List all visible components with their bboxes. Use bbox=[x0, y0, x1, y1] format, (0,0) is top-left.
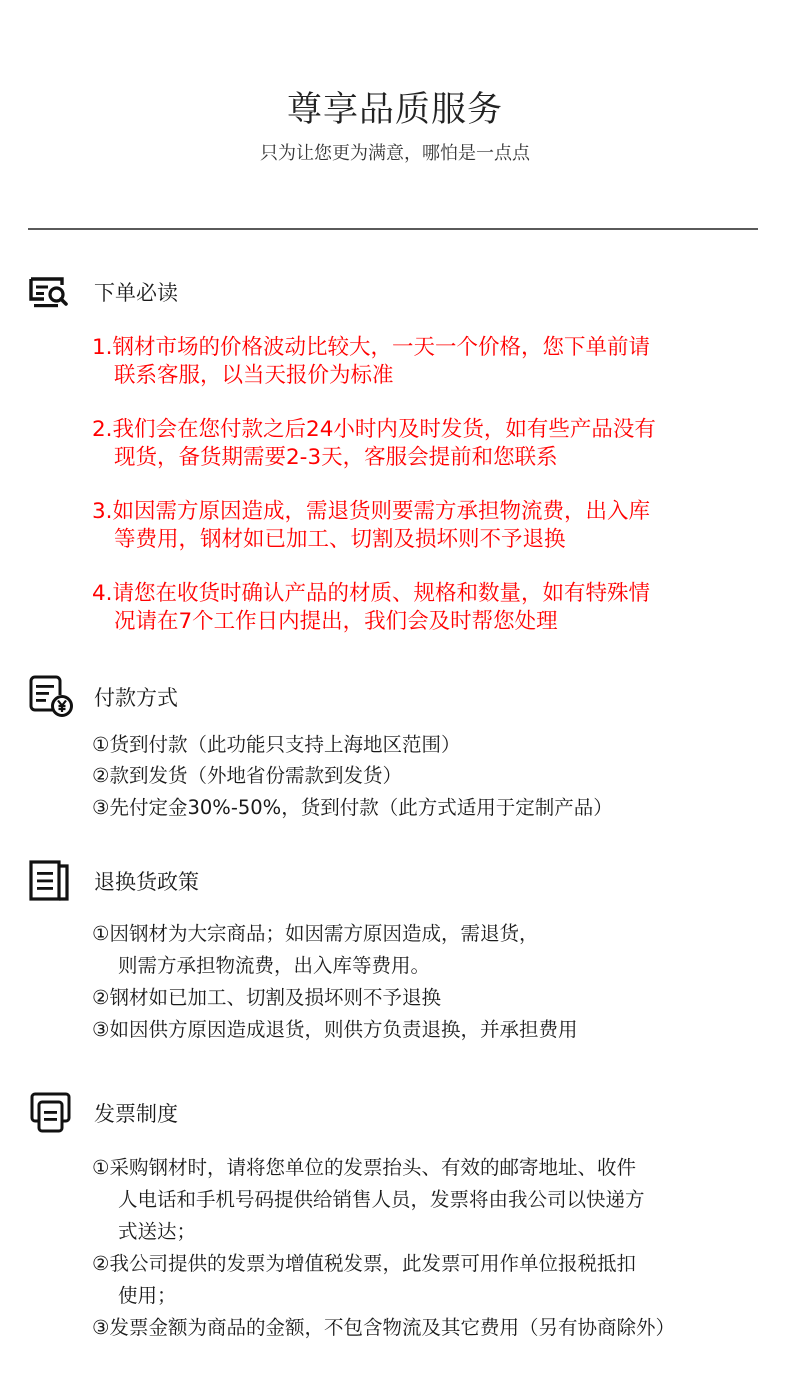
section-header-order-notice: 下单必读 bbox=[28, 272, 74, 312]
payment-option: ②款到发货（外地省份需款到发货） bbox=[92, 760, 402, 792]
section-title: 发票制度 bbox=[94, 1098, 178, 1128]
invoice-line: 式送达； bbox=[118, 1216, 196, 1248]
section-title: 退换货政策 bbox=[94, 866, 199, 896]
invoice-line: ①采购钢材时，请将您单位的发票抬头、有效的邮寄地址、收件 bbox=[92, 1152, 636, 1184]
section-title: 下单必读 bbox=[94, 277, 178, 307]
notice-item-line: 3.如因需方原因造成，需退货则要需方承担物流费，出入库 bbox=[92, 499, 650, 524]
section-header-payment: 付款方式 bbox=[28, 677, 74, 717]
payment-option: ①货到付款（此功能只支持上海地区范围） bbox=[92, 729, 460, 761]
notice-item-line: 等费用，钢材如已加工、切割及损坏则不予退换 bbox=[92, 526, 732, 554]
invoice-line: ③发票金额为商品的金额，不包含物流及其它费用（另有协商除外） bbox=[92, 1312, 675, 1344]
bill-yen-icon bbox=[28, 677, 74, 717]
policy-line: ③如因供方原因造成退货，则供方负责退换，并承担费用 bbox=[92, 1014, 577, 1046]
notice-item: 2.我们会在您付款之后24小时内及时发货，如有些产品没有 现货，备货期需要2-3… bbox=[92, 416, 732, 472]
notice-item: 3.如因需方原因造成，需退货则要需方承担物流费，出入库 等费用，钢材如已加工、切… bbox=[92, 498, 732, 554]
policy-line: 则需方承担物流费，出入库等费用。 bbox=[118, 950, 430, 982]
notice-item-line: 2.我们会在您付款之后24小时内及时发货，如有些产品没有 bbox=[92, 417, 656, 442]
notice-item: 1.钢材市场的价格波动比较大，一天一个价格，您下单前请 联系客服，以当天报价为标… bbox=[92, 334, 732, 390]
section-header-invoice: 发票制度 bbox=[28, 1093, 74, 1133]
document-list-icon bbox=[28, 861, 74, 901]
payment-option: ③先付定金30%-50%，货到付款（此方式适用于定制产品） bbox=[92, 792, 613, 824]
header-divider bbox=[28, 228, 758, 230]
notice-item-line: 1.钢材市场的价格波动比较大，一天一个价格，您下单前请 bbox=[92, 335, 650, 360]
invoice-line: ②我公司提供的发票为增值税发票，此发票可用作单位报税抵扣 bbox=[92, 1248, 636, 1280]
screen-search-icon bbox=[28, 272, 74, 312]
printer-invoice-icon bbox=[28, 1093, 74, 1133]
policy-line: ①因钢材为大宗商品；如因需方原因造成，需退货， bbox=[92, 918, 538, 950]
section-title: 付款方式 bbox=[94, 682, 178, 712]
invoice-line: 人电话和手机号码提供给销售人员，发票将由我公司以快递方 bbox=[118, 1184, 645, 1216]
notice-item-line: 联系客服，以当天报价为标准 bbox=[92, 362, 732, 390]
page-title: 尊享品质服务 bbox=[0, 82, 790, 132]
notice-item-line: 现货，备货期需要2-3天，客服会提前和您联系 bbox=[92, 444, 732, 472]
section-header-returns: 退换货政策 bbox=[28, 861, 74, 901]
notice-item-line: 4.请您在收货时确认产品的材质、规格和数量，如有特殊情 bbox=[92, 581, 650, 606]
page-subtitle: 只为让您更为满意，哪怕是一点点 bbox=[0, 139, 790, 165]
notice-item-line: 况请在7个工作日内提出，我们会及时帮您处理 bbox=[92, 608, 732, 636]
notice-item: 4.请您在收货时确认产品的材质、规格和数量，如有特殊情 况请在7个工作日内提出，… bbox=[92, 580, 732, 636]
policy-line: ②钢材如已加工、切割及损坏则不予退换 bbox=[92, 982, 441, 1014]
invoice-line: 使用； bbox=[118, 1280, 177, 1312]
